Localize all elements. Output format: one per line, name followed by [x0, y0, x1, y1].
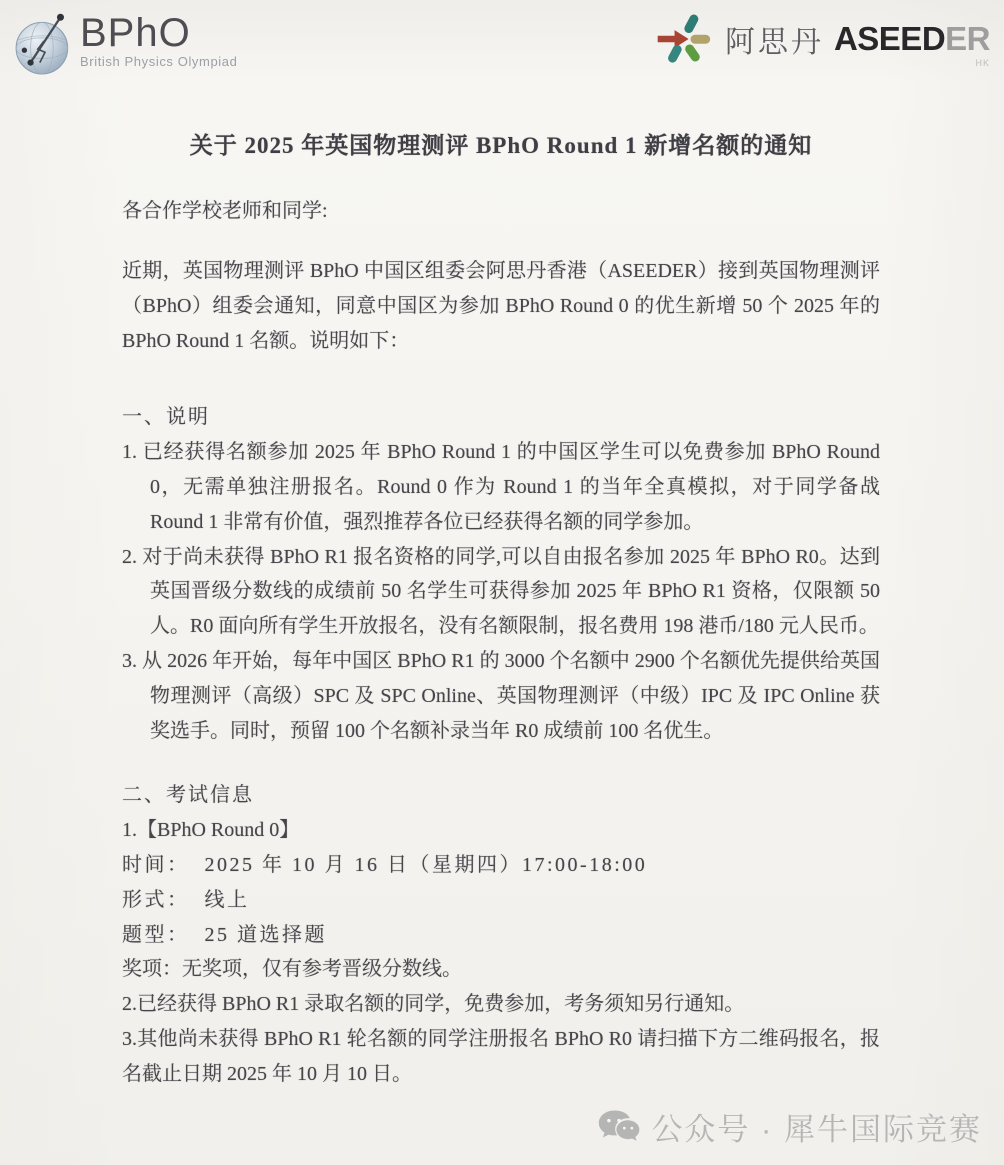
- section-exam-info: 二、考试信息 1.【BPhO Round 0】 时间： 2025 年 10 月 …: [122, 778, 880, 1091]
- section1-item-1: 1. 已经获得名额参加 2025 年 BPhO Round 1 的中国区学生可以…: [122, 435, 880, 539]
- bpho-logo-name: BPhO: [80, 14, 237, 52]
- bpho-logo-text: BPhO British Physics Olympiad: [80, 14, 237, 69]
- section2-note-3: 3.其他尚未获得 BPhO R1 轮名额的同学注册报名 BPhO R0 请扫描下…: [122, 1022, 880, 1092]
- watermark: 公众号 · 犀牛国际竞赛: [597, 1104, 982, 1149]
- aseeder-logo-en-black: ASEED: [834, 20, 945, 57]
- watermark-label: 公众号 · 犀牛国际竞赛: [651, 1104, 982, 1149]
- aseeder-logo-cn: 阿思丹: [725, 17, 824, 61]
- aseeder-star-icon: [653, 8, 713, 70]
- salutation: 各合作学校老师和同学:: [122, 194, 880, 228]
- document-body: 关于 2025 年英国物理测评 BPhO Round 1 新增名额的通知 各合作…: [0, 0, 1004, 1092]
- document-title: 关于 2025 年英国物理测评 BPhO Round 1 新增名额的通知: [122, 128, 880, 164]
- wechat-icon: [597, 1108, 641, 1146]
- header: BPhO British Physics Olympiad 阿思丹 ASEEDE…: [0, 0, 1004, 92]
- exam-detail-time: 时间： 2025 年 10 月 16 日（星期四）17:00-18:00: [122, 848, 880, 883]
- section1-heading: 一、说明: [122, 400, 880, 435]
- aseeder-logo-hk: HK: [975, 58, 990, 68]
- exam-detail-awards: 奖项：无奖项，仅有参考晋级分数线。: [122, 952, 880, 987]
- aseeder-logo: 阿思丹 ASEEDERHK: [653, 8, 990, 70]
- bpho-logo-tagline: British Physics Olympiad: [80, 54, 237, 69]
- section1-item-3: 3. 从 2026 年开始，每年中国区 BPhO R1 的 3000 个名额中 …: [122, 644, 880, 748]
- exam-detail-question-type: 题型： 25 道选择题: [122, 918, 880, 953]
- exam-details: 时间： 2025 年 10 月 16 日（星期四）17:00-18:00 形式：…: [122, 848, 880, 987]
- section-explanation: 一、说明 1. 已经获得名额参加 2025 年 BPhO Round 1 的中国…: [122, 400, 880, 748]
- document-page: BPhO British Physics Olympiad 阿思丹 ASEEDE…: [0, 0, 1004, 1165]
- section2-note-2: 2.已经获得 BPhO R1 录取名额的同学，免费参加，考务须知另行通知。: [122, 987, 880, 1022]
- section1-item-2: 2. 对于尚未获得 BPhO R1 报名资格的同学,可以自由报名参加 2025 …: [122, 540, 880, 644]
- aseeder-logo-en: ASEEDERHK: [834, 20, 990, 58]
- aseeder-logo-en-gray: ER: [945, 20, 990, 57]
- section2-heading: 二、考试信息: [122, 778, 880, 813]
- bpho-globe-icon: [12, 8, 78, 78]
- bpho-logo: BPhO British Physics Olympiad: [12, 8, 237, 78]
- exam-name: 1.【BPhO Round 0】: [122, 813, 880, 848]
- exam-detail-format: 形式： 线上: [122, 883, 880, 918]
- intro-paragraph: 近期，英国物理测评 BPhO 中国区组委会阿思丹香港（ASEEDER）接到英国物…: [122, 254, 880, 358]
